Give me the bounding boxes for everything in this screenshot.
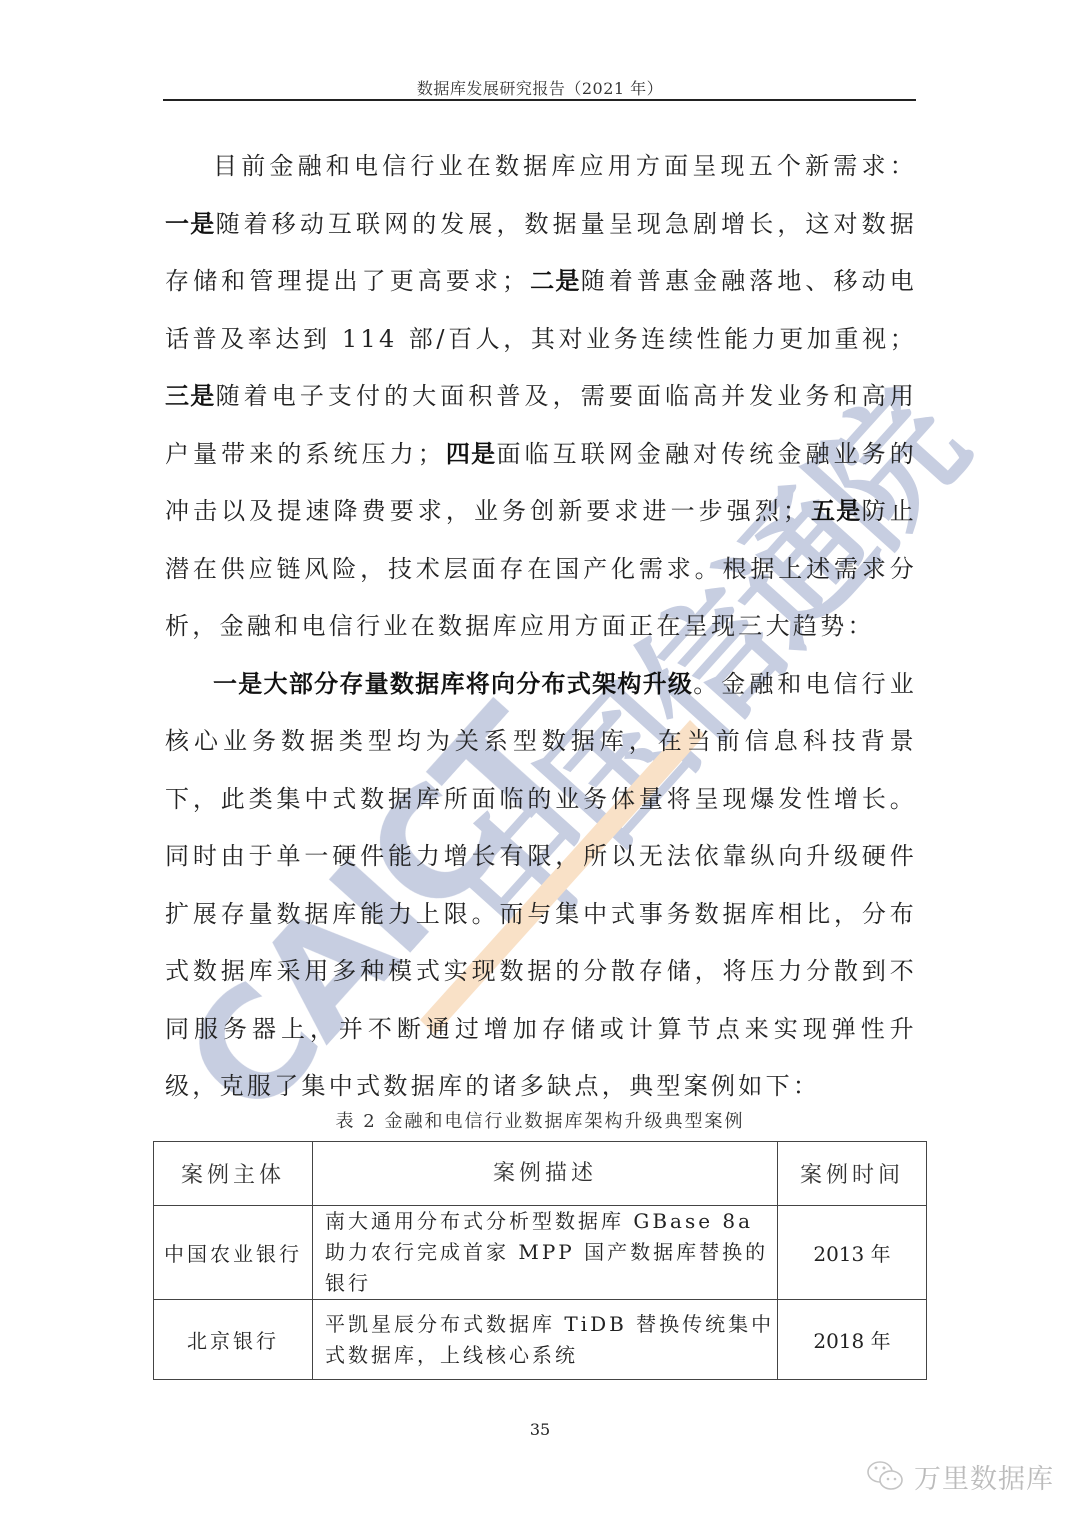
column-header-description: 案例描述 [313,1142,778,1206]
item-label-2: 二是 [529,267,580,295]
case-table: 案例主体 案例描述 案例时间 中国农业银行 南大通用分布式分析型数据库 GBas… [153,1141,927,1380]
column-header-time: 案例时间 [778,1142,927,1206]
table-caption: 表 2 金融和电信行业数据库架构升级典型案例 [0,1107,1080,1133]
item-label-4: 四是 [445,440,496,468]
running-header: 数据库发展研究报告（2021 年） [0,76,1080,99]
item-label-1: 一是 [165,210,216,238]
column-header-subject: 案例主体 [154,1142,313,1206]
table-row: 中国农业银行 南大通用分布式分析型数据库 GBase 8a 助力农行完成首家 M… [154,1206,927,1300]
paragraph-needs: 目前金融和电信行业在数据库应用方面呈现五个新需求：一是随着移动互联网的发展，数据… [165,138,917,656]
item-label-3: 三是 [165,382,216,410]
header-divider [163,99,916,101]
table-row: 北京银行 平凯星辰分布式数据库 TiDB 替换传统集中式数据库，上线核心系统 2… [154,1300,927,1380]
cell-time: 2018 年 [778,1300,927,1380]
item-label-5: 五是 [810,497,861,525]
table-header-row: 案例主体 案例描述 案例时间 [154,1142,927,1206]
brand-label: 万里数据库 [914,1457,1054,1496]
cell-time: 2013 年 [778,1206,927,1300]
wechat-icon [866,1459,906,1495]
page-number: 35 [0,1420,1080,1439]
cell-subject: 中国农业银行 [154,1206,313,1300]
cell-subject: 北京银行 [154,1300,313,1380]
cell-description: 南大通用分布式分析型数据库 GBase 8a 助力农行完成首家 MPP 国产数据… [313,1206,778,1300]
brand-watermark: 万里数据库 [866,1457,1054,1496]
body-text: 目前金融和电信行业在数据库应用方面呈现五个新需求：一是随着移动互联网的发展，数据… [165,138,917,1116]
cell-description: 平凯星辰分布式数据库 TiDB 替换传统集中式数据库，上线核心系统 [313,1300,778,1380]
trend-text: 。金融和电信行业核心业务数据类型均为关系型数据库，在当前信息科技背景下，此类集中… [165,670,917,1101]
paragraph-trend-1: 一是大部分存量数据库将向分布式架构升级。金融和电信行业核心业务数据类型均为关系型… [165,656,917,1116]
paragraph-intro: 目前金融和电信行业在数据库应用方面呈现五个新需求： [213,152,917,180]
trend-heading: 一是大部分存量数据库将向分布式架构升级 [213,670,693,698]
